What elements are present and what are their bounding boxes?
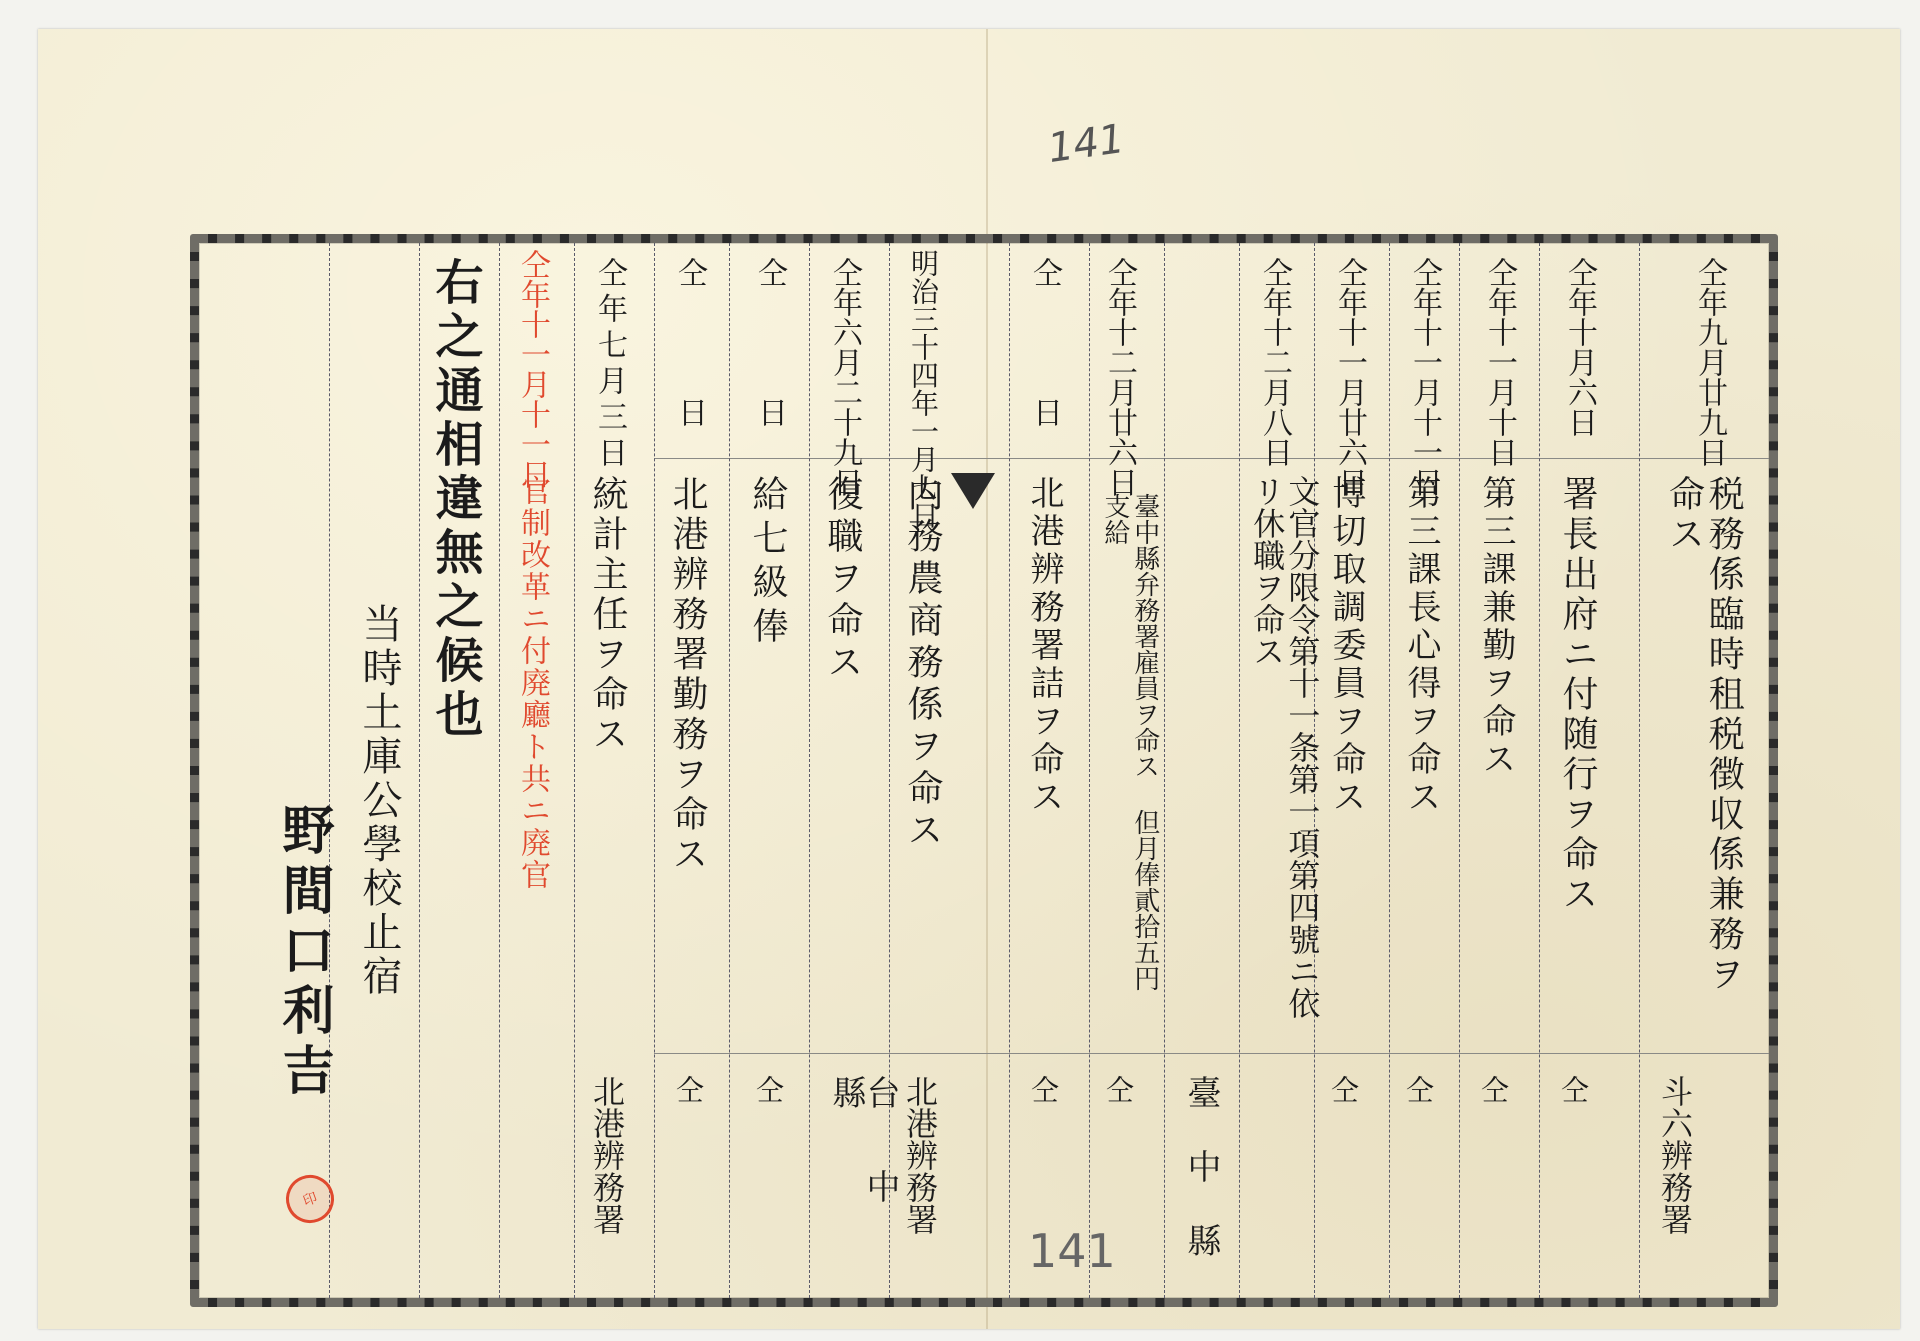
column-rule [1639,243,1640,1298]
entry-action: 第三課長心得ヲ命ス [1404,475,1438,817]
entry-office: 仝 [1104,1075,1132,1103]
header-divider-right [654,458,1769,459]
entry-office: 仝 [754,1075,782,1103]
entry-date: 仝年十二月廿六日 [1104,257,1134,497]
column-rule [574,243,575,1298]
entry-office: 北港辨務署 [591,1075,623,1235]
record-table-frame: 仝年九月廿九日 税務係臨時租税徴収係兼務ヲ命ス 斗六辨務署 仝年十月六日 署長出… [190,234,1778,1307]
entry-action: 北港辨務署詰ヲ命ス [1027,475,1061,817]
red-note-date: 仝年十一月十一日 [517,249,547,489]
column-rule [419,243,420,1298]
entry-office: 臺中縣 [1184,1075,1218,1297]
column-rule [1239,243,1240,1298]
column-rule [729,243,730,1298]
column-rule [1539,243,1540,1298]
column-rule [1389,243,1390,1298]
entry-action: 博切取調委員ヲ命ス [1329,475,1363,817]
folio-number-bottom: 141 [1028,1224,1116,1278]
entry-date: 仝年七月三日 [594,257,624,473]
entry-office: 仝 [674,1075,702,1103]
entry-office: 仝 [1479,1075,1507,1103]
entry-date: 仝年六月二十九日 [829,257,859,497]
entry-date: 仝年十月六日 [1564,257,1594,437]
entry-date: 仝年九月廿九日 [1694,257,1724,467]
entry-action: 統計主任ヲ命ス [589,475,625,755]
column-rule [499,243,500,1298]
entry-date: 仝年十一月十一日 [1409,257,1439,497]
entry-action: 第三課兼勤ヲ命ス [1479,475,1513,779]
entry-action: 臺中縣弁務署雇員ヲ命ス 但月俸貳拾五円支給 [1099,493,1159,993]
entry-office: 北港辨務署 [904,1075,936,1235]
closing-name: 野間口利吉 [277,803,329,1103]
entry-date: 仝年十一月十日 [1484,257,1514,467]
entry-date: 仝年十二月八日 [1259,257,1289,467]
entry-office: 斗六辨務署 [1659,1075,1691,1235]
column-rule [1009,243,1010,1298]
entry-action: 税務係臨時租税徴収係兼務ヲ命ス [1664,475,1743,1015]
entry-office: 仝 [1404,1075,1432,1103]
office-divider [654,1053,1769,1054]
column-rule [654,243,655,1298]
column-rule [329,243,330,1298]
entry-action: 文官分限令第十一条第一項第四號ニ依リ休職ヲ命ス [1249,475,1319,1045]
entry-date: 仝年十一月廿六日 [1334,257,1364,497]
entry-office: 仝 [1029,1075,1057,1103]
red-note-text: 官制改革ニ付廃廳ト共ニ廃官 [517,475,547,891]
entry-action: 署長出府ニ付随行ヲ命ス [1559,475,1595,915]
document-page: 141 仝年九月廿九日 税務係臨時租税徴収係兼務ヲ命ス 斗六辨務署 仝年十月六日… [38,29,1900,1329]
entry-action: 北港辨務署勤務ヲ命ス [669,475,705,875]
column-rule [809,243,810,1298]
column-rule [1164,243,1165,1298]
closing-statement: 右之通相違無之候也 [431,257,479,743]
folio-number-top: 141 [1045,116,1127,172]
closing-affiliation: 当時土庫公學校止宿 [359,603,399,999]
fold-notch-mark [951,473,995,509]
entry-office: 仝 [1559,1075,1587,1103]
entry-action: 復職ヲ命ス [824,475,860,685]
entry-office: 台中縣 [829,1075,897,1298]
column-rule [1459,243,1460,1298]
entry-action: 給七級俸 [749,475,785,651]
column-rule [1089,243,1090,1298]
entry-action: 内務農商務係ヲ命ス [904,475,940,853]
entry-office: 仝 [1329,1075,1357,1103]
